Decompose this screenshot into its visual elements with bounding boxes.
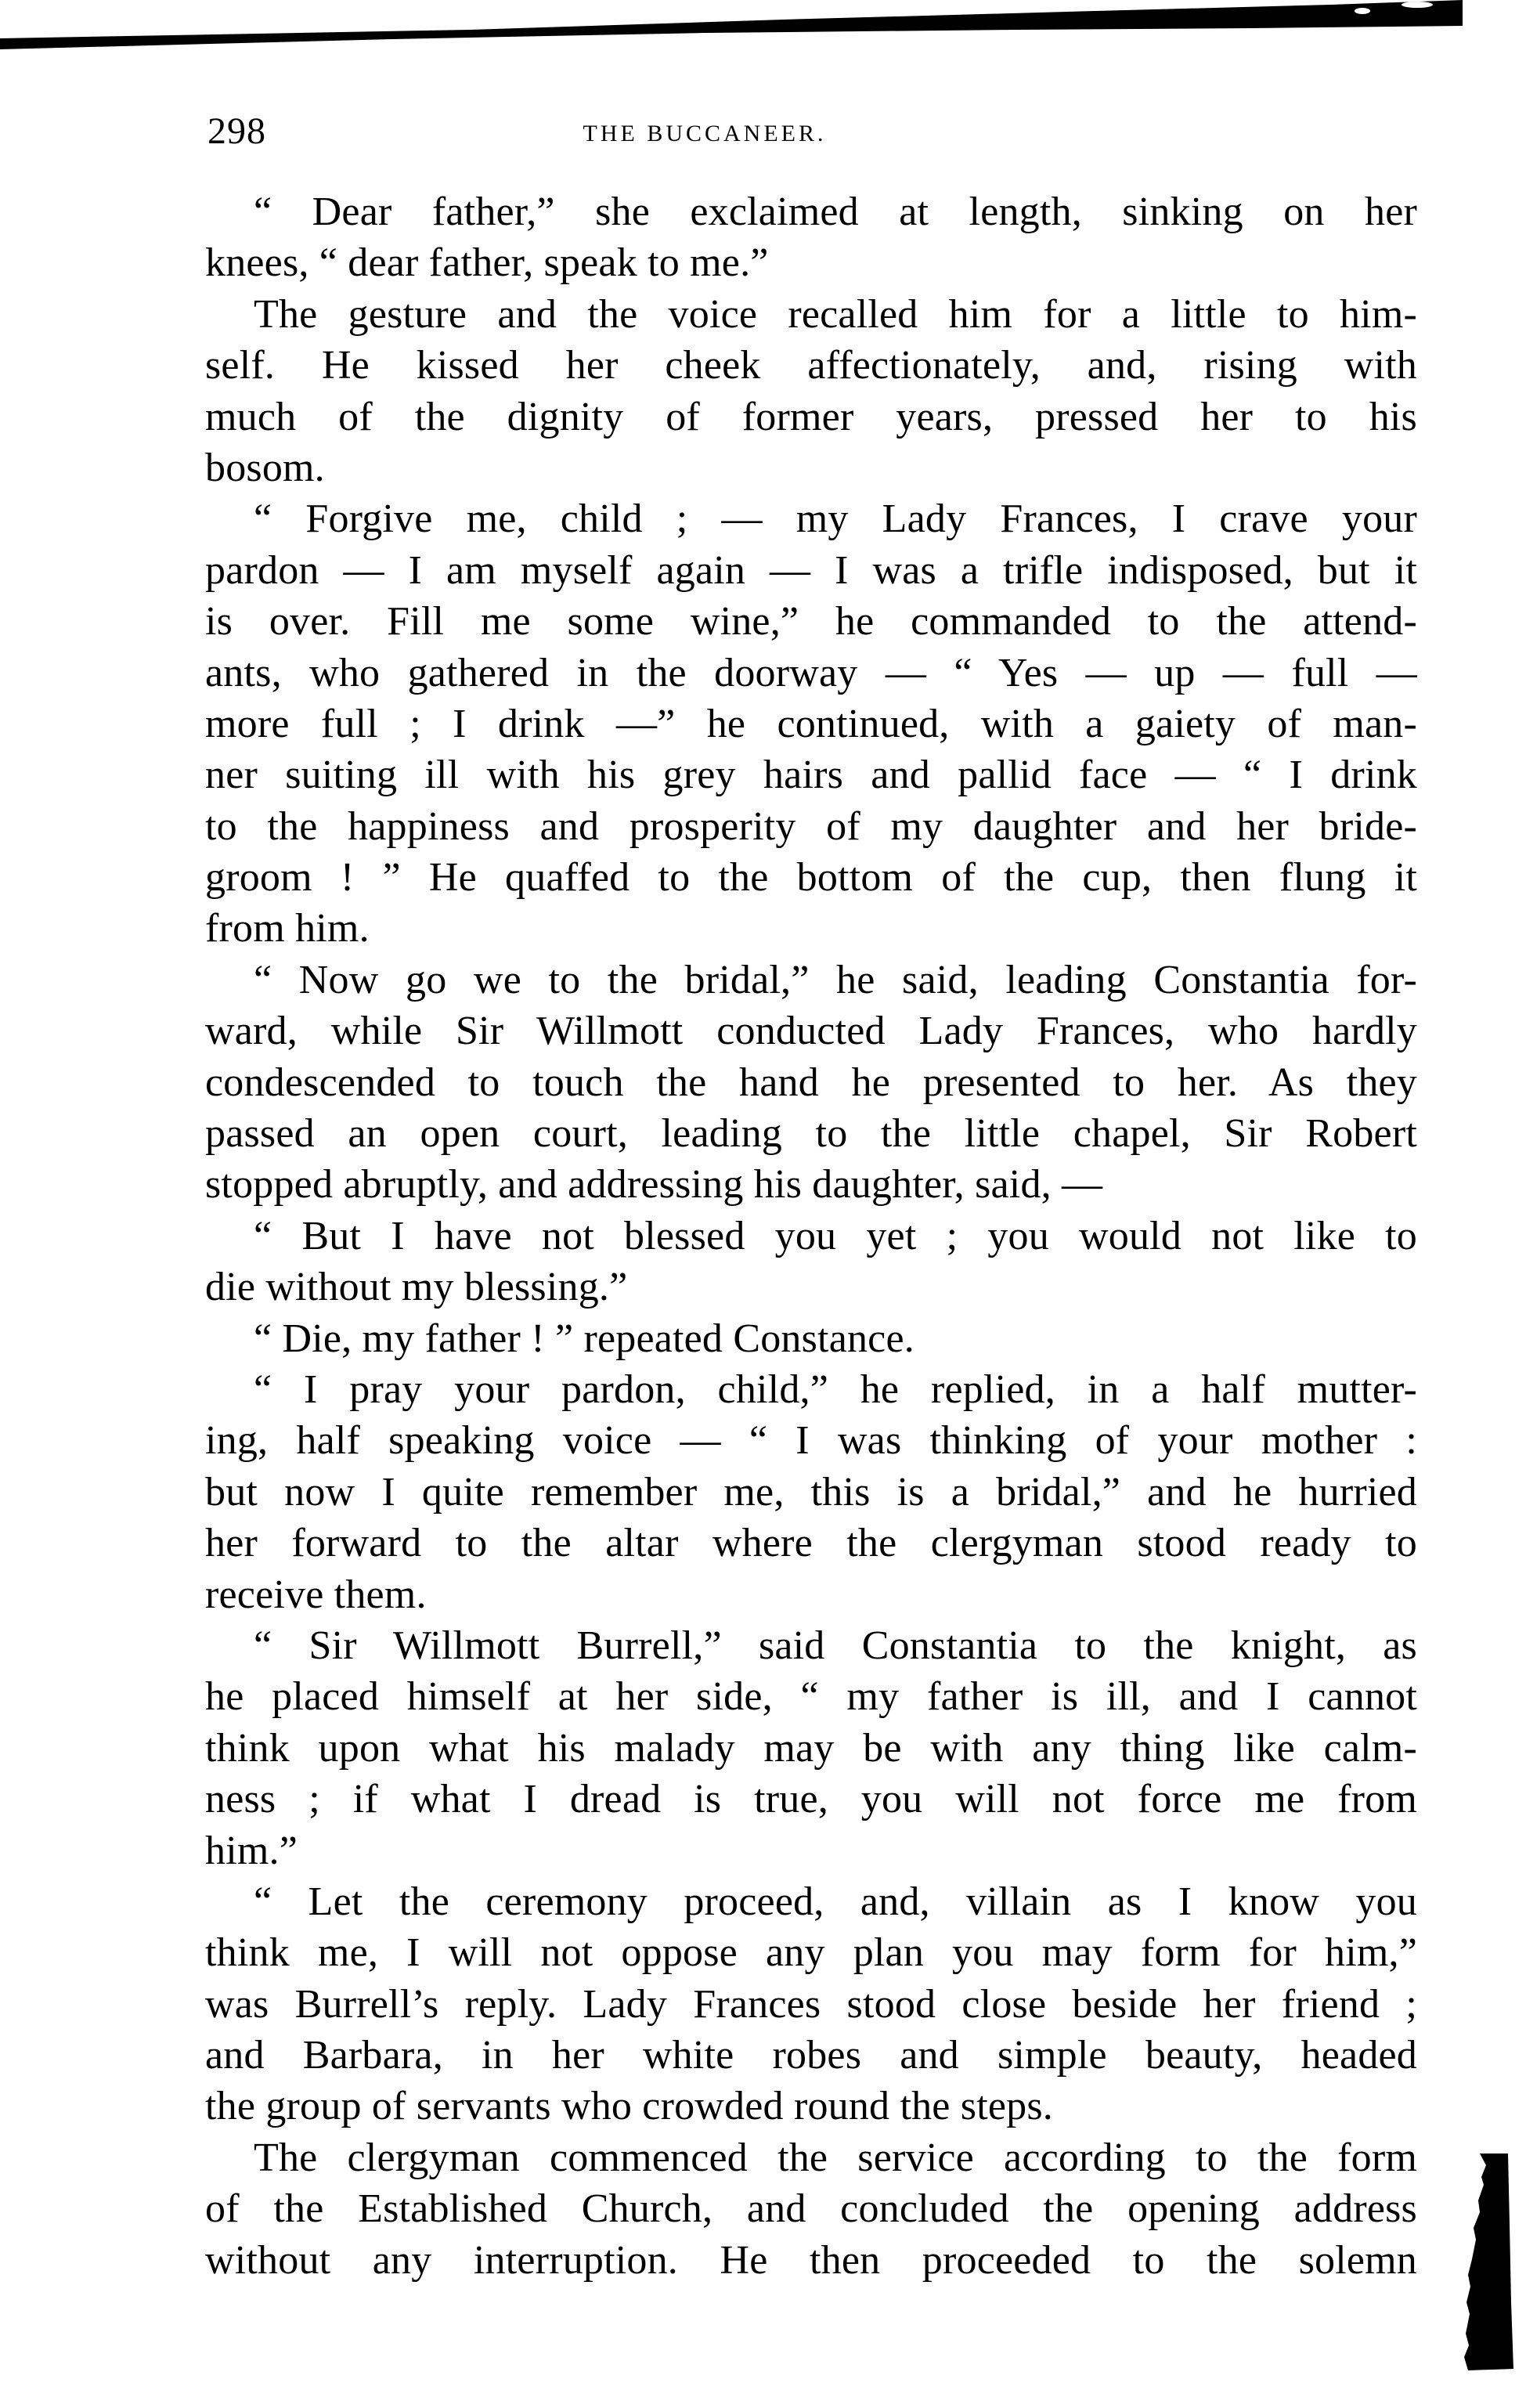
text-line: ing, half speaking voice — “ I was think… [205,1415,1417,1466]
text-line: him.” [205,1825,1417,1876]
paragraph: “ Die, my father ! ” repeated Constance. [205,1313,1417,1364]
text-line: the group of servants who crowded round … [205,2081,1417,2132]
text-line: think upon what his malady may be with a… [205,1723,1417,1774]
text-line: was Burrell’s reply. Lady Frances stood … [205,1979,1417,2030]
text-line: “ I pray your pardon, child,” he replied… [205,1364,1417,1415]
scan-edge-artifact-right [1448,2146,1526,2381]
text-line: ness ; if what I dread is true, you will… [205,1774,1417,1825]
text-line: think me, I will not oppose any plan you… [205,1927,1417,1978]
text-line: “ Let the ceremony proceed, and, villain… [205,1876,1417,1927]
paragraph: “ Forgive me, child ; — my Lady Frances,… [205,493,1417,955]
text-line: ner suiting ill with his grey hairs and … [205,749,1417,800]
paragraph: “ Let the ceremony proceed, and, villain… [205,1876,1417,2132]
text-line: is over. Fill me some wine,” he commande… [205,596,1417,647]
text-line: he placed himself at her side, “ my fath… [205,1671,1417,1722]
book-title: THE BUCCANEER. [583,114,827,153]
text-line: of the Established Church, and concluded… [205,2183,1417,2234]
text-line: The clergyman commenced the service acco… [205,2132,1417,2183]
text-line: without any interruption. He then procee… [205,2235,1417,2286]
running-header: 298 THE BUCCANEER. [207,108,1421,155]
paragraph: “ I pray your pardon, child,” he replied… [205,1364,1417,1620]
text-line: from him. [205,903,1417,954]
text-line: much of the dignity of former years, pre… [205,392,1417,442]
text-line: and Barbara, in her white robes and simp… [205,2030,1417,2081]
text-line: pardon — I am myself again — I was a tri… [205,545,1417,596]
text-line: “ Dear father,” she exclaimed at length,… [205,186,1417,237]
scan-edge-artifact-top [0,0,1526,55]
text-line: knees, “ dear father, speak to me.” [205,237,1417,288]
paragraph: “ Now go we to the bridal,” he said, lea… [205,955,1417,1211]
text-line: groom ! ” He quaffed to the bottom of th… [205,852,1417,903]
text-line: “ Die, my father ! ” repeated Constance. [205,1313,1417,1364]
text-line: her forward to the altar where the clerg… [205,1518,1417,1569]
text-line: “ Now go we to the bridal,” he said, lea… [205,955,1417,1005]
text-line: ants, who gathered in the doorway — “ Ye… [205,648,1417,699]
running-title: THE BUCCANEER. [207,114,1421,153]
text-line: more full ; I drink —” he continued, wit… [205,699,1417,749]
text-line: condescended to touch the hand he presen… [205,1057,1417,1108]
paragraph: “ Dear father,” she exclaimed at length,… [205,186,1417,289]
text-line: “ But I have not blessed you yet ; you w… [205,1211,1417,1262]
text-line: receive them. [205,1569,1417,1620]
text-line: “ Sir Willmott Burrell,” said Constantia… [205,1620,1417,1671]
text-line: but now I quite remember me, this is a b… [205,1467,1417,1518]
text-line: die without my blessing.” [205,1262,1417,1312]
text-line: passed an open court, leading to the lit… [205,1108,1417,1159]
text-line: to the happiness and prosperity of my da… [205,801,1417,852]
paragraph: “ Sir Willmott Burrell,” said Constantia… [205,1620,1417,1876]
text-line: The gesture and the voice recalled him f… [205,289,1417,340]
text-line: self. He kissed her cheek affectionately… [205,340,1417,391]
paragraph: The gesture and the voice recalled him f… [205,289,1417,494]
paragraph: The clergyman commenced the service acco… [205,2132,1417,2286]
page-body: “ Dear father,” she exclaimed at length,… [205,186,1417,2286]
paragraph: “ But I have not blessed you yet ; you w… [205,1211,1417,1313]
text-line: ward, while Sir Willmott conducted Lady … [205,1005,1417,1056]
text-line: stopped abruptly, and addressing his dau… [205,1159,1417,1210]
text-line: “ Forgive me, child ; — my Lady Frances,… [205,493,1417,544]
text-line: bosom. [205,442,1417,493]
